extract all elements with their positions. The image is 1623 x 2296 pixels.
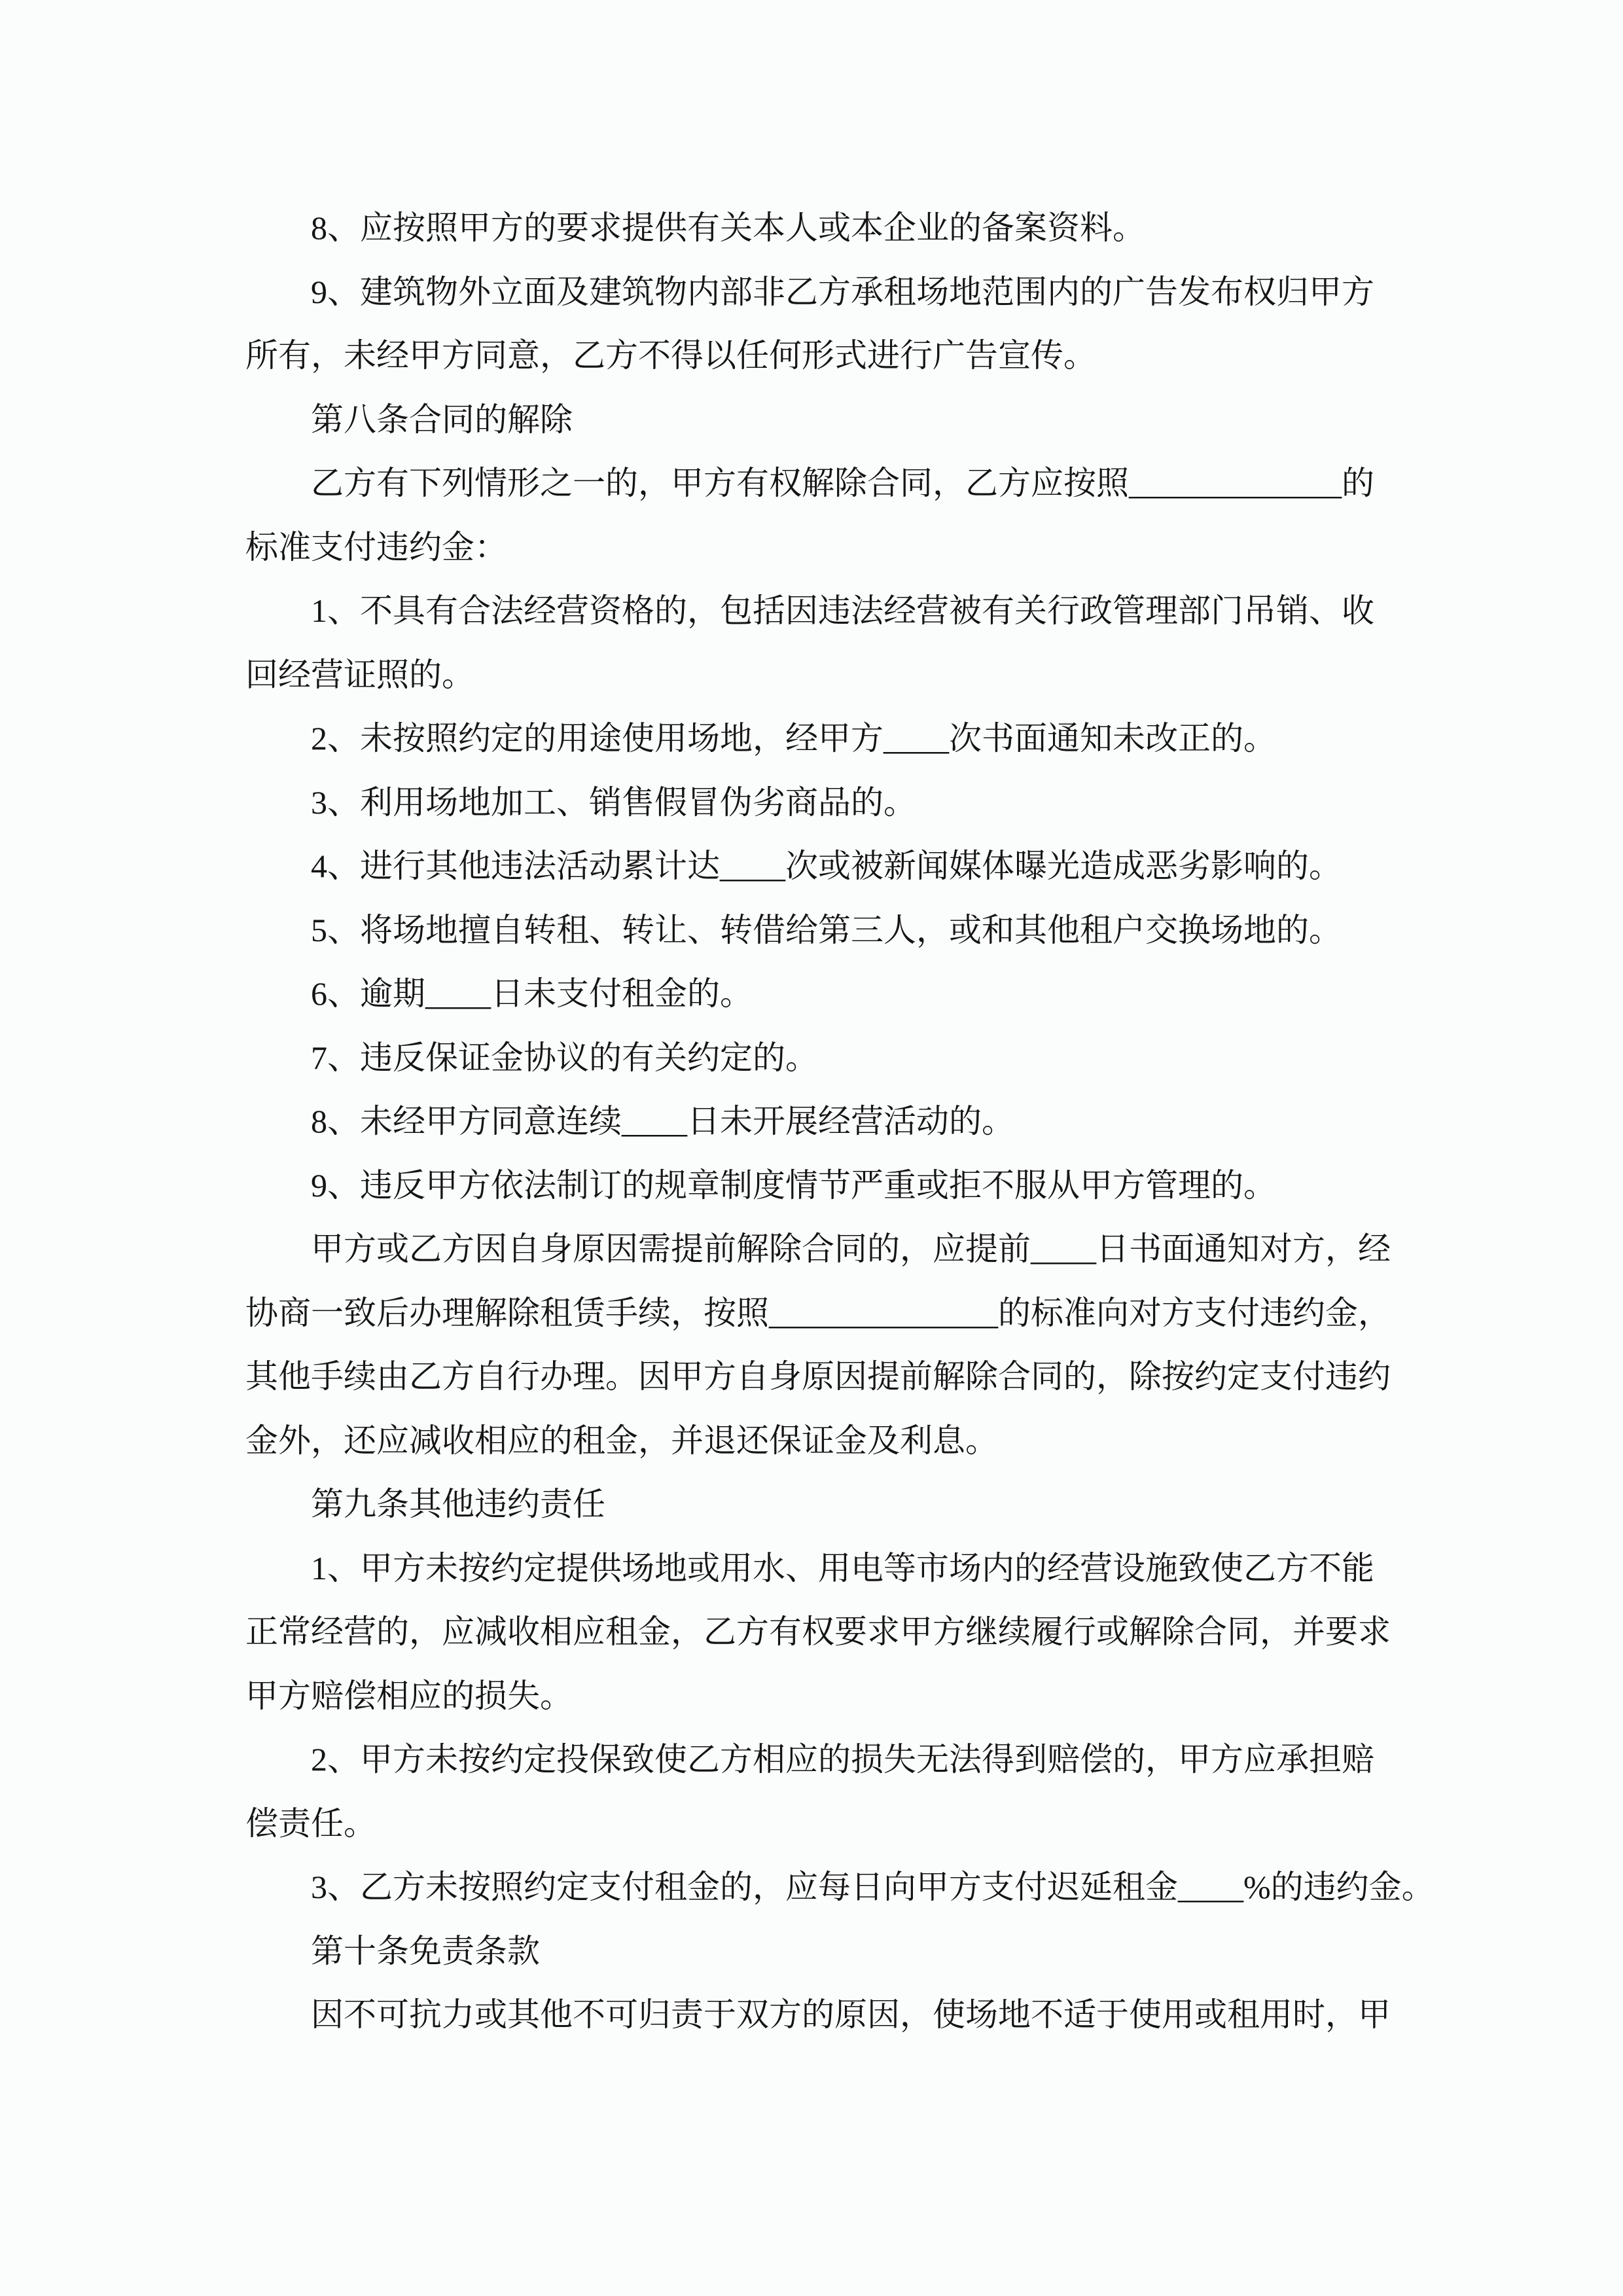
text-line: 1、甲方未按约定提供场地或用水、用电等市场内的经营设施致使乙方不能: [245, 1537, 1423, 1601]
text-line: 3、乙方未按照约定支付租金的，应每日向甲方支付迟延租金____%的违约金。: [245, 1856, 1423, 1920]
document-page: 8、应按照甲方的要求提供有关本人或本企业的备案资料。9、建筑物外立面及建筑物内部…: [0, 0, 1623, 2296]
document-body: 8、应按照甲方的要求提供有关本人或本企业的备案资料。9、建筑物外立面及建筑物内部…: [245, 196, 1423, 2047]
text-line: 其他手续由乙方自行办理。因甲方自身原因提前解除合同的，除按约定支付违约: [245, 1345, 1423, 1409]
text-line: 标准支付违约金：: [245, 516, 1423, 580]
text-line: 9、建筑物外立面及建筑物内部非乙方承租场地范围内的广告发布权归甲方: [245, 260, 1423, 325]
text-line: 8、应按照甲方的要求提供有关本人或本企业的备案资料。: [245, 196, 1423, 260]
text-line: 回经营证照的。: [245, 643, 1423, 708]
text-line: 所有，未经甲方同意，乙方不得以任何形式进行广告宣传。: [245, 324, 1423, 388]
text-line: 甲方或乙方因自身原因需提前解除合同的，应提前____日书面通知对方，经: [245, 1217, 1423, 1282]
text-line: 5、将场地擅自转租、转让、转借给第三人，或和其他租户交换场地的。: [245, 899, 1423, 963]
text-line: 1、不具有合法经营资格的，包括因违法经营被有关行政管理部门吊销、收: [245, 579, 1423, 643]
text-line: 8、未经甲方同意连续____日未开展经营活动的。: [245, 1090, 1423, 1154]
text-line: 协商一致后办理解除租赁手续，按照______________的标准向对方支付违约…: [245, 1282, 1423, 1346]
text-line: 2、甲方未按约定投保致使乙方相应的损失无法得到赔偿的，甲方应承担赔: [245, 1728, 1423, 1792]
text-line: 3、利用场地加工、销售假冒伪劣商品的。: [245, 771, 1423, 835]
text-line: 金外，还应减收相应的租金，并退还保证金及利息。: [245, 1409, 1423, 1473]
text-line: 第八条合同的解除: [245, 388, 1423, 452]
text-line: 6、逾期____日未支付租金的。: [245, 962, 1423, 1026]
text-line: 正常经营的，应减收相应租金，乙方有权要求甲方继续履行或解除合同，并要求: [245, 1600, 1423, 1664]
text-line: 因不可抗力或其他不可归责于双方的原因，使场地不适于使用或租用时，甲: [245, 1983, 1423, 2047]
text-line: 第九条其他违约责任: [245, 1473, 1423, 1537]
text-line: 2、未按照约定的用途使用场地，经甲方____次书面通知未改正的。: [245, 707, 1423, 771]
text-line: 4、进行其他违法活动累计达____次或被新闻媒体曝光造成恶劣影响的。: [245, 834, 1423, 899]
text-line: 偿责任。: [245, 1792, 1423, 1856]
text-line: 甲方赔偿相应的损失。: [245, 1664, 1423, 1729]
text-line: 9、违反甲方依法制订的规章制度情节严重或拒不服从甲方管理的。: [245, 1154, 1423, 1218]
text-line: 7、违反保证金协议的有关约定的。: [245, 1026, 1423, 1090]
text-line: 乙方有下列情形之一的，甲方有权解除合同，乙方应按照_____________的: [245, 452, 1423, 516]
text-line: 第十条免责条款: [245, 1920, 1423, 1984]
